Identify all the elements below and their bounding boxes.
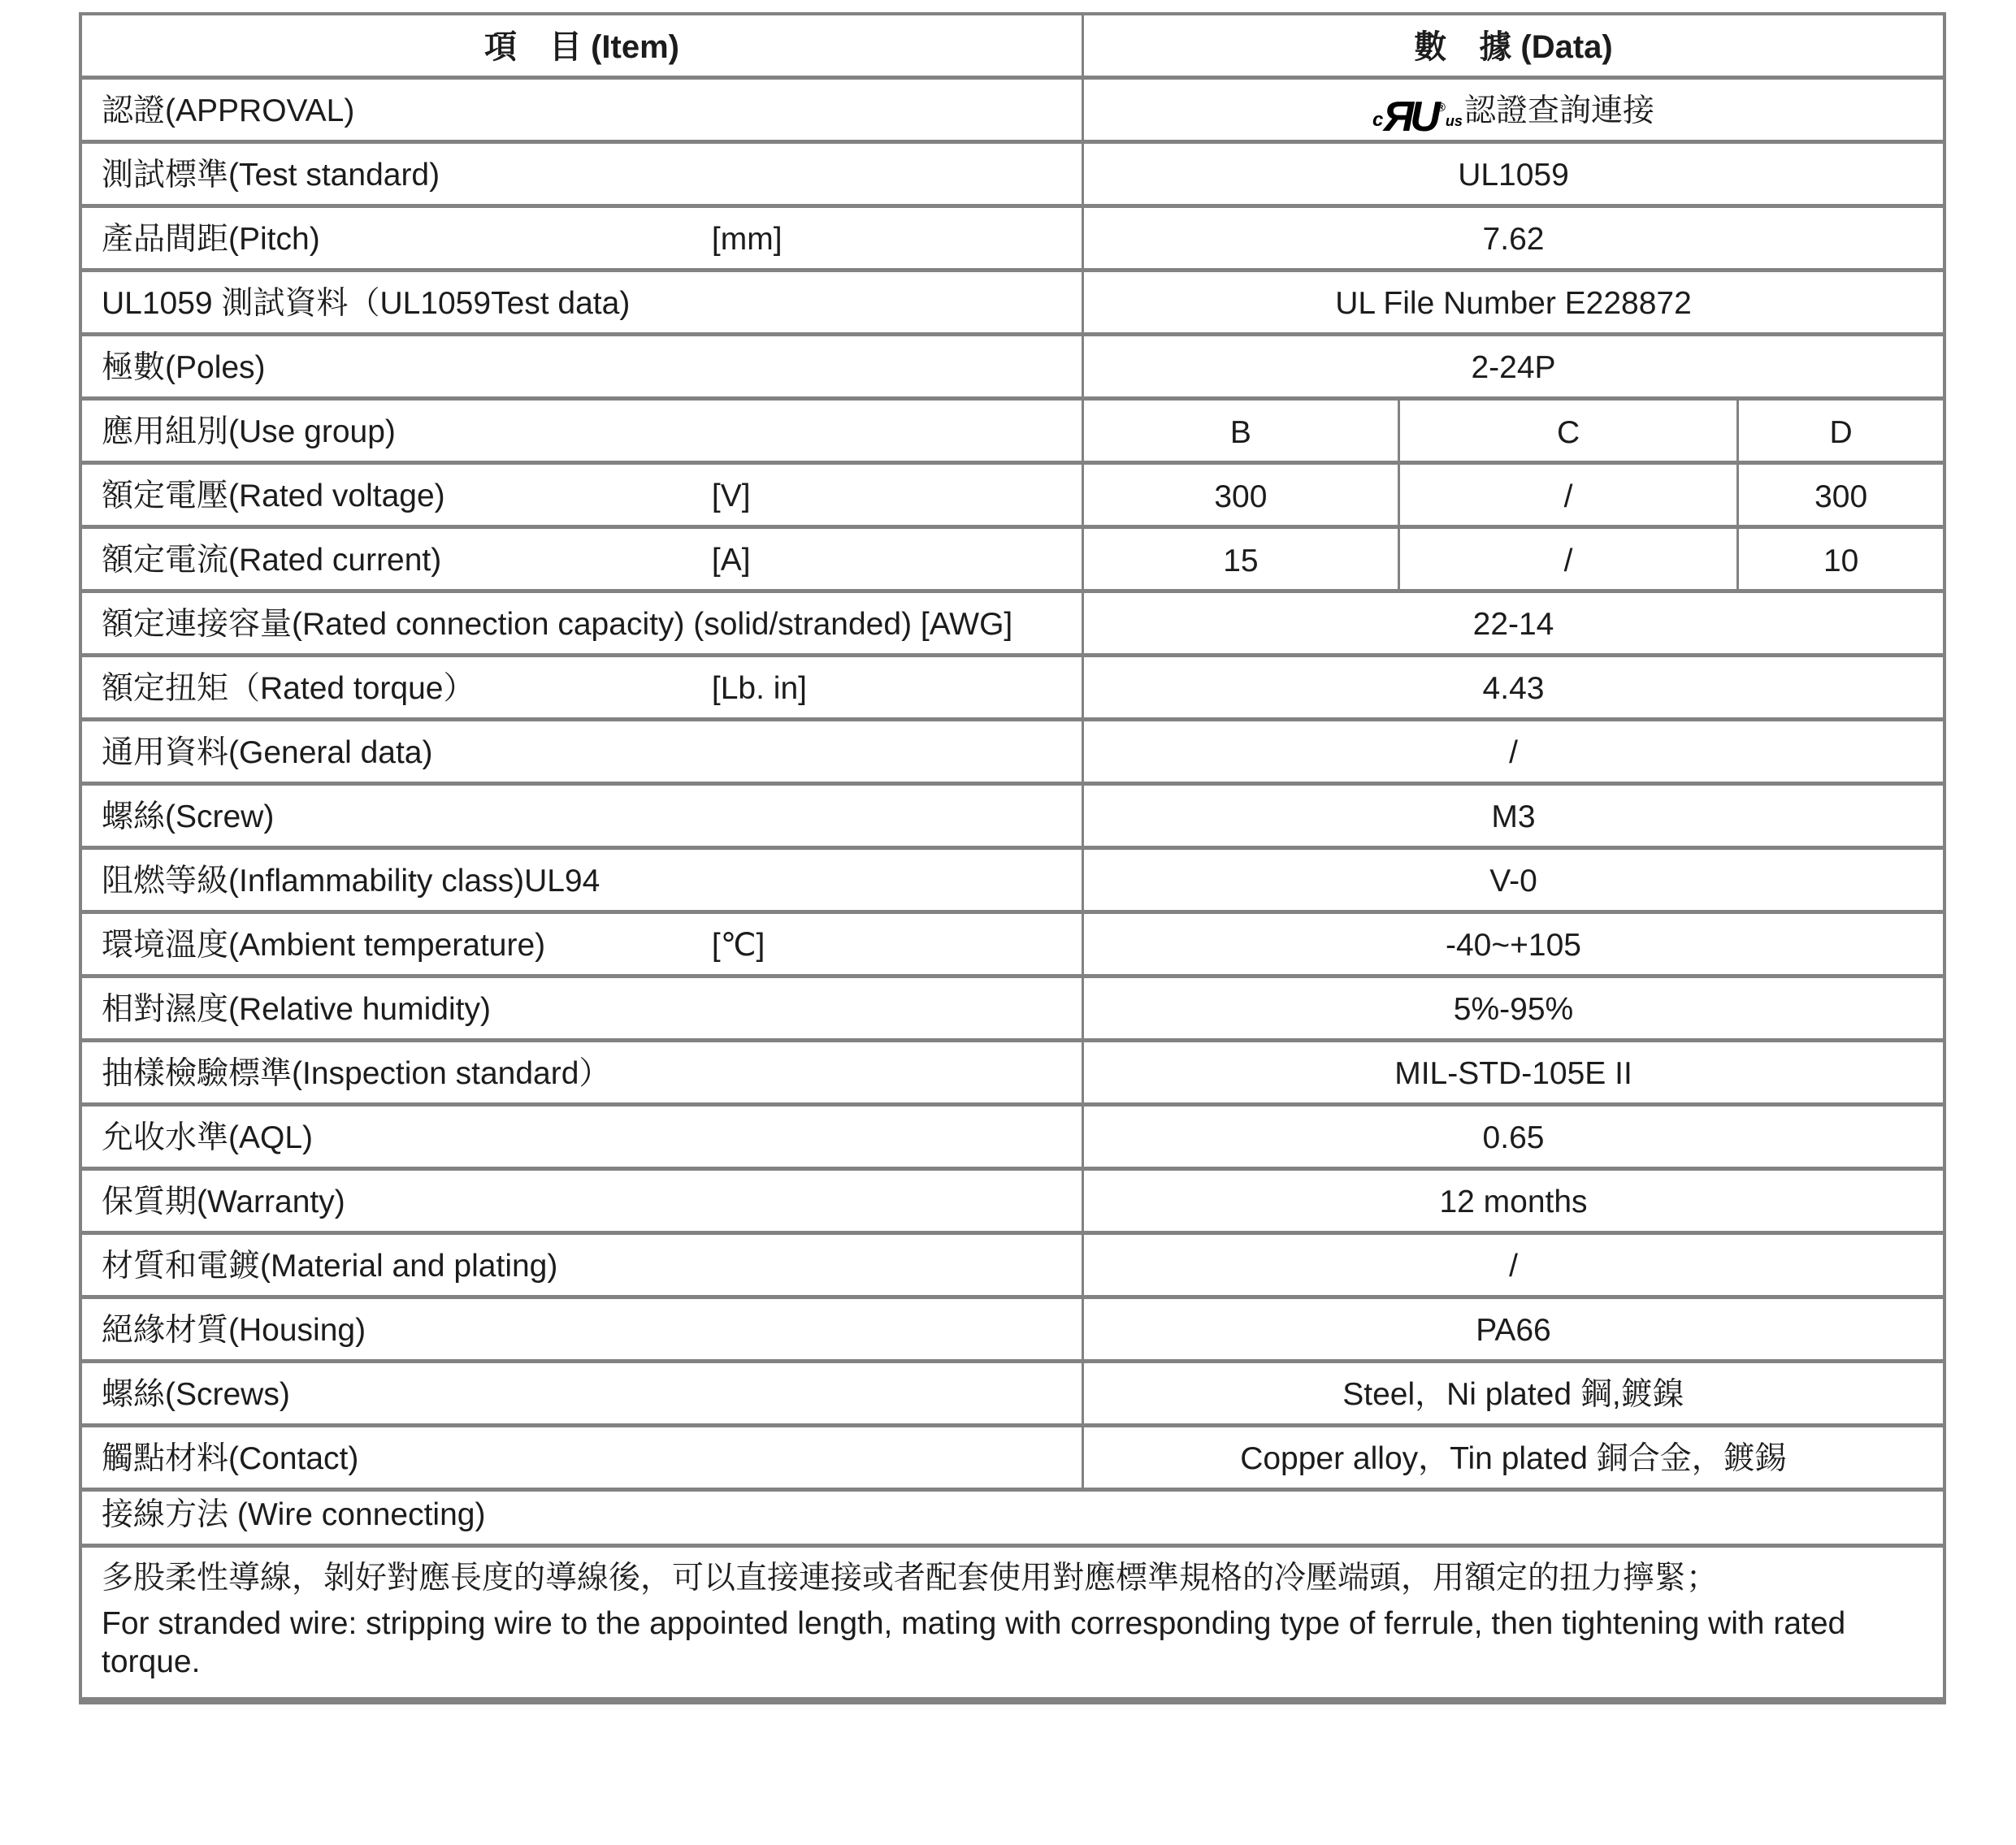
row-value: 5%-95% (1454, 992, 1573, 1029)
item-cell: 相對濕度(Relative humidity) (82, 978, 1084, 1038)
spec-sheet-page: 項 目 (Item) 數 據 (Data) 認證(APPROVAL) c ЯU … (0, 0, 2016, 1845)
data-cell: / (1084, 1235, 1943, 1295)
table-row-inflammability: 阻燃等級(Inflammability class)UL94 V-0 (82, 846, 1943, 910)
data-cell: MIL-STD-105E II (1084, 1042, 1943, 1102)
row-label: 相對濕度(Relative humidity) (102, 992, 491, 1029)
table-row-poles: 極數(Poles) 2-24P (82, 332, 1943, 396)
row-value: MIL-STD-105E II (1394, 1056, 1632, 1093)
data-cell: PA66 (1084, 1299, 1943, 1359)
table-row-ul1059-test-data: UL1059 測試資料（UL1059Test data) UL File Num… (82, 268, 1943, 332)
table-row-approval: 認證(APPROVAL) c ЯU ® us 認證查詢連接 (82, 76, 1943, 140)
row-label: 允收水準(AQL) (102, 1120, 313, 1157)
table-row-connection-capacity: 額定連接容量(Rated connection capacity) (solid… (82, 589, 1943, 653)
item-cell: 材質和電鍍(Material and plating) (82, 1235, 1084, 1295)
item-cell: 阻燃等級(Inflammability class)UL94 (82, 850, 1084, 910)
row-value: V-0 (1489, 864, 1537, 900)
current-d: 10 (1736, 529, 1943, 589)
table-row-screw: 螺絲(Screw) M3 (82, 782, 1943, 846)
row-label: 認證(APPROVAL) (102, 93, 354, 130)
data-cell: 22-14 (1084, 593, 1943, 653)
row-label: 產品間距(Pitch) (102, 222, 320, 258)
data-cell: 2-24P (1084, 336, 1943, 396)
table-row-wire-connecting: 接線方法 (Wire connecting) (82, 1488, 1943, 1544)
row-value: UL1059 (1458, 158, 1569, 194)
data-cell: -40~+105 (1084, 914, 1943, 974)
ul-mark-c: c (1372, 109, 1383, 132)
data-cell: V-0 (1084, 850, 1943, 910)
table-row-aql: 允收水準(AQL) 0.65 (82, 1102, 1943, 1167)
row-value: 22-14 (1473, 607, 1554, 643)
data-cell: UL File Number E228872 (1084, 272, 1943, 332)
row-value: M3 (1491, 799, 1535, 836)
table-row-rated-voltage: 額定電壓(Rated voltage) [V] 300 / 300 (82, 461, 1943, 525)
data-cell: c ЯU ® us 認證查詢連接 (1084, 80, 1943, 140)
row-value: 0.65 (1483, 1120, 1545, 1157)
row-label: 阻燃等級(Inflammability class)UL94 (102, 864, 600, 900)
row-label: 觸點材料(Contact) (102, 1441, 358, 1478)
voltage-c: / (1398, 465, 1737, 525)
table-header-row: 項 目 (Item) 數 據 (Data) (82, 15, 1943, 76)
row-value: UL File Number E228872 (1335, 286, 1692, 323)
item-cell: 螺絲(Screws) (82, 1363, 1084, 1423)
row-value: PA66 (1476, 1313, 1551, 1349)
data-cell: Steel，Ni plated 鋼,鍍鎳 (1084, 1363, 1943, 1423)
item-cell: 額定電壓(Rated voltage) [V] (82, 465, 1084, 525)
row-value: / (1509, 1249, 1518, 1285)
item-cell: 環境溫度(Ambient temperature) [℃] (82, 914, 1084, 974)
data-cell: 0.65 (1084, 1107, 1943, 1167)
item-cell: 抽樣檢驗標準(Inspection standard） (82, 1042, 1084, 1102)
item-cell: 產品間距(Pitch) [mm] (82, 208, 1084, 268)
row-label: 抽樣檢驗標準(Inspection standard） (102, 1056, 610, 1093)
voltage-d: 300 (1736, 465, 1943, 525)
item-cell: 保質期(Warranty) (82, 1171, 1084, 1231)
use-group-columns: B C D (1084, 401, 1943, 461)
row-value: Steel，Ni plated 鋼,鍍鎳 (1342, 1377, 1684, 1414)
table-row-relative-humidity: 相對濕度(Relative humidity) 5%-95% (82, 974, 1943, 1038)
data-cell: Copper alloy，Tin plated 銅合金，鍍錫 (1084, 1427, 1943, 1488)
rated-current-values: 15 / 10 (1084, 529, 1943, 589)
table-row-rated-torque: 額定扭矩（Rated torque） [Lb. in] 4.43 (82, 653, 1943, 717)
header-data-cell: 數 據 (Data) (1084, 15, 1943, 76)
header-item-label: 項 目 (Item) (484, 28, 679, 66)
row-label: 螺絲(Screws) (102, 1377, 290, 1414)
voltage-b: 300 (1084, 465, 1398, 525)
table-row-rated-current: 額定電流(Rated current) [A] 15 / 10 (82, 525, 1943, 589)
item-cell: 應用組別(Use group) (82, 401, 1084, 461)
data-cell: UL1059 (1084, 144, 1943, 204)
data-cell: M3 (1084, 786, 1943, 846)
header-data-label: 數 據 (Data) (1414, 28, 1612, 66)
data-cell: 7.62 (1084, 208, 1943, 268)
use-group-col-d: D (1736, 401, 1943, 461)
row-label: 額定電流(Rated current) (102, 543, 441, 579)
row-label: 材質和電鍍(Material and plating) (102, 1249, 557, 1285)
table-row-general-data: 通用資料(General data) / (82, 717, 1943, 782)
wire-connecting-note-cn: 多股柔性導線，剝好對應長度的導線後，可以直接連接或者配套使用對應標準規格的冷壓端… (102, 1560, 1923, 1598)
current-b: 15 (1084, 529, 1398, 589)
item-cell: 極數(Poles) (82, 336, 1084, 396)
row-value: 2-24P (1471, 350, 1555, 387)
spec-table: 項 目 (Item) 數 據 (Data) 認證(APPROVAL) c ЯU … (79, 12, 1946, 1704)
row-label: 絕緣材質(Housing) (102, 1313, 366, 1349)
row-label: 保質期(Warranty) (102, 1185, 345, 1221)
item-cell: 絕緣材質(Housing) (82, 1299, 1084, 1359)
item-cell: 認證(APPROVAL) (82, 80, 1084, 140)
data-cell: 12 months (1084, 1171, 1943, 1231)
table-row-inspection-standard: 抽樣檢驗標準(Inspection standard） MIL-STD-105E… (82, 1038, 1943, 1102)
wire-connecting-label-cell: 接線方法 (Wire connecting) (82, 1492, 1943, 1544)
table-row-material-plating: 材質和電鍍(Material and plating) / (82, 1231, 1943, 1295)
table-row-housing: 絕緣材質(Housing) PA66 (82, 1295, 1943, 1359)
table-row-use-group: 應用組別(Use group) B C D (82, 396, 1943, 461)
header-item-cell: 項 目 (Item) (82, 15, 1084, 76)
use-group-col-b: B (1084, 401, 1398, 461)
row-label: 額定電壓(Rated voltage) (102, 479, 445, 515)
row-label: 極數(Poles) (102, 350, 266, 387)
wire-connecting-note-en: For stranded wire: stripping wire to the… (102, 1605, 1923, 1682)
row-value: / (1509, 735, 1518, 772)
ul-mark-ru: ЯU (1383, 99, 1436, 135)
data-cell: / (1084, 721, 1943, 782)
row-unit: [Lb. in] (712, 671, 807, 708)
row-unit: [mm] (712, 222, 783, 258)
row-value: Copper alloy，Tin plated 銅合金，鍍錫 (1240, 1441, 1787, 1478)
table-row-contact: 觸點材料(Contact) Copper alloy，Tin plated 銅合… (82, 1423, 1943, 1488)
row-unit: [V] (712, 479, 751, 515)
current-c: / (1398, 529, 1737, 589)
row-unit: [A] (712, 543, 751, 579)
row-label: 接線方法 (Wire connecting) (102, 1497, 485, 1534)
table-row-pitch: 產品間距(Pitch) [mm] 7.62 (82, 204, 1943, 268)
row-label: 應用組別(Use group) (102, 414, 396, 451)
row-label: 額定連接容量(Rated connection capacity) (solid… (102, 607, 1012, 643)
row-label: 環境溫度(Ambient temperature) (102, 928, 545, 964)
row-label: 額定扭矩（Rated torque） (102, 671, 475, 708)
row-unit: [℃] (712, 928, 765, 964)
table-row-warranty: 保質期(Warranty) 12 months (82, 1167, 1943, 1231)
row-value: 7.62 (1483, 222, 1545, 258)
row-label: UL1059 測試資料（UL1059Test data) (102, 286, 630, 323)
item-cell: 螺絲(Screw) (82, 786, 1084, 846)
table-row-test-standard: 測試標準(Test standard) UL1059 (82, 140, 1943, 204)
data-cell: 5%-95% (1084, 978, 1943, 1038)
row-label: 通用資料(General data) (102, 735, 432, 772)
item-cell: 通用資料(General data) (82, 721, 1084, 782)
item-cell: 觸點材料(Contact) (82, 1427, 1084, 1488)
data-cell: 4.43 (1084, 657, 1943, 717)
table-row-ambient-temperature: 環境溫度(Ambient temperature) [℃] -40~+105 (82, 910, 1943, 974)
table-row-wire-connecting-note: 多股柔性導線，剝好對應長度的導線後，可以直接連接或者配套使用對應標準規格的冷壓端… (82, 1544, 1943, 1697)
rated-voltage-values: 300 / 300 (1084, 465, 1943, 525)
ul-mark-us: us (1446, 113, 1463, 130)
row-label: 螺絲(Screw) (102, 799, 274, 836)
item-cell: UL1059 測試資料（UL1059Test data) (82, 272, 1084, 332)
use-group-col-c: C (1398, 401, 1737, 461)
row-value: 12 months (1439, 1185, 1587, 1221)
item-cell: 額定扭矩（Rated torque） [Lb. in] (82, 657, 1084, 717)
ul-recognized-mark-icon: c ЯU ® us (1372, 99, 1463, 135)
row-value: 4.43 (1483, 671, 1545, 708)
ul-mark-reg: ® (1437, 101, 1446, 115)
row-value: -40~+105 (1446, 928, 1581, 964)
table-row-screws: 螺絲(Screws) Steel，Ni plated 鋼,鍍鎳 (82, 1359, 1943, 1423)
item-cell: 測試標準(Test standard) (82, 144, 1084, 204)
row-label: 測試標準(Test standard) (102, 158, 440, 194)
item-cell: 額定連接容量(Rated connection capacity) (solid… (82, 593, 1084, 653)
item-cell: 允收水準(AQL) (82, 1107, 1084, 1167)
certification-query-link[interactable]: 認證查詢連接 (1464, 93, 1654, 130)
item-cell: 額定電流(Rated current) [A] (82, 529, 1084, 589)
